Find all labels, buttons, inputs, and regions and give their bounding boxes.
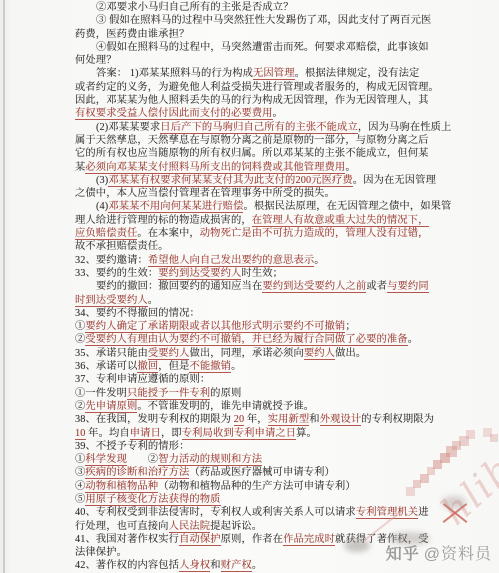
doc-line: 故不承担赔偿责任。: [75, 240, 431, 253]
blur-smudge: [344, 539, 370, 552]
text-black: 。根据民法原理，在无因管理之债中，如果管: [243, 201, 451, 212]
text-black: 。: [148, 295, 158, 306]
text-black: 年，: [244, 414, 267, 425]
doc-line: ③ 假如在照料马的过程中马突然狂性大发踢伤了邓，因此支付了两百元医: [75, 14, 431, 27]
text-red-underline: 外观设计: [320, 414, 362, 426]
doc-line: 42、著作权的内容包括人身权和财产权。: [75, 559, 431, 572]
text-black: 年。均自: [86, 428, 130, 439]
doc-line: 药费，医药费由谁承担？: [75, 28, 431, 41]
text-black: （药品或医疗器械可申请专利）: [189, 467, 335, 478]
text-black: ④假如在照料马的过程中，马突然遭雷击而死。何要求邓赔偿，此事该如: [96, 42, 429, 53]
doc-line: 36、承诺可以撤回，但是不能撤销。: [75, 360, 431, 373]
doc-line: 答案： 1)邓某某照料马的行为构成无因管理。根据法律规定，没有法定: [75, 67, 431, 80]
text-red-underline: 自动保护: [179, 534, 221, 546]
text-black: 或者约定的义务，为避免他人利益受损失进行管理或者服务的，构成无因管理。: [75, 82, 439, 93]
text-black: 提起诉讼。: [210, 521, 262, 532]
pink-pixel-square: [420, 474, 429, 483]
doc-line: ④假如在照料马的过程中，马突然遭雷击而死。何要求邓赔偿，此事该如: [75, 41, 431, 54]
text-black: ②: [75, 334, 85, 345]
text-red-underline: 10: [75, 428, 86, 440]
text-red-underline: 受要约人有理由认为要约不可撤销，并已经为履行合同做了必要的准备: [85, 334, 407, 346]
text-black: 进: [418, 507, 428, 518]
text-red-underline: 撤回: [137, 361, 158, 373]
text-black: (4): [96, 201, 108, 212]
doc-line: 理人给进行管理的标的物造成损害的，在管理人有故意或重大过失的情况下，: [75, 214, 431, 227]
text-black: 。: [314, 255, 324, 266]
text-red-underline: 专利局收到专利申请之日: [182, 428, 296, 440]
text-red-underline: 科学发现: [85, 454, 127, 466]
doc-line: 40、专利权受到非法侵害时，专利权人或利害关系人可以请求专利管理机关进: [75, 506, 431, 519]
doc-line: 何处理？: [75, 54, 431, 67]
page-scan-edge: [3, 0, 5, 573]
text-black: 。: [345, 162, 355, 173]
text-black: 属于天然孳息，天然孳息在与原物分离之前是原物的一部分，与原物分离之后: [75, 135, 429, 146]
text-red-underline: 人身权: [179, 560, 210, 572]
text-black: 某: [75, 162, 85, 173]
text-black: 之债中，本人应当偿付管理者在管理事务中所受的损失。: [75, 188, 335, 199]
doc-line: 10 年。均自申请日，即专利局收到专利申请之日算。: [75, 427, 431, 440]
text-black: ③: [75, 467, 85, 478]
text-red-underline: 不能撤销: [189, 361, 231, 373]
pink-pixel-square: [466, 430, 475, 439]
doc-line: ②邓要求小马归自己所有的主张是否成立？: [75, 1, 431, 14]
text-red-underline: 与要约同: [387, 281, 429, 293]
text-black: 或者: [366, 281, 387, 292]
text-black: （动物和植物品种的生产方法可申请专利）: [158, 481, 356, 492]
text-black: 。根据法律规定，没有法定: [295, 68, 420, 79]
text-black: ②: [75, 401, 85, 412]
doc-line: ②受要约人有理由认为要约不可撤销，并已经为履行合同做了必要的准备。: [75, 333, 431, 346]
text-red-underline: 邓某某有权要求何某某支付其为此支付的200元医疗费: [108, 175, 352, 187]
text-black: 40、专利权受到非法侵害时，专利权人或利害关系人可以请求: [75, 507, 356, 518]
text-red-underline: 应负赔偿责任: [75, 228, 137, 240]
text-black: 。在本案中，: [137, 228, 199, 239]
doc-line: 38、在我国，发明专利权的期限为 20 年，实用新型和外观设计的专利权期限为: [75, 413, 431, 426]
doc-line: (3)邓某某有权要求何某某支付其为此支付的200元医疗费。因为在无因管理: [75, 174, 431, 187]
text-black: ，即: [161, 428, 182, 439]
text-black: 做出，同理，承诺必须向: [189, 348, 303, 359]
text-red-underline: 要约人确定了承诺期限或者以其他形式明示要约不可撤销: [85, 321, 345, 333]
doc-line: 34、要约不得撤回的情况：: [75, 307, 431, 320]
text-red-underline: 有权要求受益人偿付因此而支付的必要费用: [75, 108, 273, 120]
text-black: 要约的撤回：撤回要约的通知应当在: [96, 281, 262, 292]
text-red-underline: 申请日: [130, 428, 161, 440]
doc-line: ①科学发现 ②智力活动的规则和方法: [75, 453, 431, 466]
doc-line: ①要约人确定了承诺期限或者以其他形式明示要约不可撤销；: [75, 320, 431, 333]
text-red-underline: 无因管理: [253, 68, 295, 80]
text-black: 何处理？: [75, 55, 117, 66]
doc-line: 时到达受要约人。: [75, 294, 431, 307]
doc-line: 因此，邓某某为他人照料丢失的马的行为构成无因管理，作为无因管理人，其: [75, 94, 431, 107]
doc-line: 之债中，本人应当偿付管理者在管理事务中所受的损失。: [75, 187, 431, 200]
text-red-underline: 邓某某不用向何某某进行赔偿: [108, 201, 243, 213]
text-black: 36、承诺可以: [75, 361, 137, 372]
text-black: 故不承担赔偿责任。: [75, 241, 169, 252]
text-black: 。: [273, 108, 283, 119]
doc-line: 35、承诺只能由受要约人做出，同理，承诺必须向要约人做出。: [75, 347, 431, 360]
text-black: 。: [252, 560, 262, 571]
text-black: 。: [231, 361, 241, 372]
text-black: 32、要约邀请：: [75, 255, 148, 266]
text-black: ②: [127, 454, 158, 465]
doc-line: 某必须向邓某某支付照料马所支出的饲料费或其他管理费用。: [75, 161, 431, 174]
doc-line: 41、我国对著作权实行自动保护原则，作者在作品完成时就获得了著作权，受: [75, 533, 431, 546]
text-black: ；: [345, 321, 355, 332]
text-black: 41、我国对著作权实行: [75, 534, 179, 545]
text-black: ④: [75, 481, 85, 492]
text-black: 。因为在无因管理: [353, 175, 436, 186]
text-black: ，因为马驹在性质上: [358, 122, 452, 133]
text-red-underline: 智力活动的规则和方法: [158, 454, 262, 466]
text-black: 和: [210, 560, 220, 571]
text-red-underline: 人民法院: [169, 521, 211, 533]
text-black: 答案： 1)邓某某照料马的行为构成: [96, 68, 253, 79]
text-black: 算。: [296, 428, 317, 439]
text-red-underline: 希望他人向自己发出要约的意思表示: [148, 255, 314, 267]
text-black: ⑤: [75, 494, 85, 505]
text-red-underline: 用原子核变化方法获得的物质: [85, 494, 220, 506]
doc-line: 39、不授予专利的情形：: [75, 440, 431, 453]
document-photo-page: ②邓要求小马归自己所有的主张是否成立？③ 假如在照料马的过程中马突然狂性大发踢伤…: [0, 0, 499, 573]
text-black: 因此，邓某某为他人照料丢失的马的行为构成无因管理，作为无因管理人，其: [75, 95, 429, 106]
text-red-underline: 必须向邓某某支付照料马所支出的饲料费或其他管理费用: [85, 162, 345, 174]
pink-pixel-square: [490, 434, 498, 442]
text-black: 。: [408, 334, 418, 345]
doc-line: 有权要求受益人偿付因此而支付的必要费用。: [75, 107, 431, 120]
doc-line: 要约的撤回：撤回要约的通知应当在要约到达受要约人之前或者与要约同: [75, 280, 431, 293]
doc-line: 32、要约邀请：希望他人向自己发出要约的意思表示。: [75, 254, 431, 267]
text-black: ③ 假如在照料马的过程中马突然狂性大发踢伤了邓，因此支付了两百元医: [96, 15, 431, 26]
text-black: 和: [309, 414, 319, 425]
doc-line: ①一件发明只能授予一件专利的原则: [75, 387, 431, 400]
pink-pixel-square: [406, 487, 415, 496]
text-red-underline: 在管理人有故意或重大过失的情况下，: [252, 215, 429, 227]
text-black: 34、要约不得撤回的情况：: [75, 308, 200, 319]
text-black: 法律保护。: [75, 547, 127, 558]
text-black: 时生效；: [241, 268, 283, 279]
text-black: 42、著作权的内容包括: [75, 560, 179, 571]
text-black: 33、要约的生效：: [75, 268, 158, 279]
text-red-underline: 20: [234, 414, 245, 426]
doc-line: 属于天然孳息，天然孳息在与原物分离之前是原物的一部分，与原物分离之后: [75, 134, 431, 147]
text-red-underline: 专利管理机关: [356, 507, 418, 519]
text-red-underline: 先申请原则: [85, 401, 137, 413]
text-black: 做出。: [335, 348, 366, 359]
text-black: 药费，医药费由谁承担？: [75, 29, 189, 40]
text-black: 38、在我国，发明专利权的期限为: [75, 414, 234, 425]
text-black: 39、不授予专利的情形：: [75, 441, 189, 452]
doc-lines: ②邓要求小马归自己所有的主张是否成立？③ 假如在照料马的过程中马突然狂性大发踢伤…: [75, 1, 431, 573]
text-black: 的专利权期限为: [361, 414, 434, 425]
text-black: 行处理，也可直接向: [75, 521, 169, 532]
text-black: (2)邓某某要求: [96, 122, 160, 133]
zhihu-brand-label: 知乎: [386, 546, 420, 563]
text-black: ②邓要求小马归自己所有的主张是否成立？: [96, 2, 294, 13]
text-black: (3): [96, 175, 108, 186]
doc-line: 应负赔偿责任。在本案中，动物死亡是由不可抗力造成的，管理人没有过错，: [75, 227, 431, 240]
text-red-underline: 要约到达受要约人: [158, 268, 241, 280]
blur-smudge: [442, 496, 466, 509]
text-red-underline: 只能授予一件专利: [127, 388, 210, 400]
text-red-underline: 日后产下的马驹归自己所有的主张不能成立: [160, 122, 358, 134]
text-black: 它的所有权也应当随原物的所有权归属。所以邓某某的主张不能成立，但何某: [75, 148, 429, 159]
text-black: 的原则: [210, 388, 241, 399]
doc-line: 37、专利申请应遵循的原则：: [75, 373, 431, 386]
text-black: 原则，作者在: [221, 534, 283, 545]
text-black: ，但是: [158, 361, 189, 372]
doc-line: ②先申请原则。不管谁发明的，谁先申请就授予谁。: [75, 400, 431, 413]
doc-line: ③疾病的诊断和治疗方法（药品或医疗器械可申请专利）: [75, 466, 431, 479]
text-red-underline: 时到达受要约人: [75, 295, 148, 307]
text-black: 35、承诺只能由: [75, 348, 148, 359]
doc-line: (2)邓某某要求日后产下的马驹归自己所有的主张不能成立，因为马驹在性质上: [75, 121, 431, 134]
text-red-underline: 疾病的诊断和治疗方法: [85, 467, 189, 479]
text-red-underline: 财产权: [221, 560, 252, 572]
text-black: ①: [75, 454, 85, 465]
text-red-underline: 作品完成时: [283, 534, 335, 546]
text-red-underline: 动物和植物品种: [85, 481, 158, 493]
doc-line: 法律保护。: [75, 546, 431, 559]
zhihu-watermark: 知乎@资料员: [386, 541, 492, 564]
zhihu-author-label: @资料员: [424, 546, 492, 563]
text-black: 37、专利申请应遵循的原则：: [75, 374, 210, 385]
text-red-underline: 要约到达受要约人之前: [262, 281, 366, 293]
text-black: ①: [75, 321, 85, 332]
text-red-underline: 要约人: [304, 348, 335, 360]
text-red: 动物死亡是由不可抗力造成的，管理人没有过错，: [200, 228, 429, 239]
text-black: ①一件发明: [75, 388, 127, 399]
text-black: 理人给进行管理的标的物造成损害的，: [75, 215, 252, 226]
doc-line: (4)邓某某不用向何某某进行赔偿。根据民法原理，在无因管理之债中，如果管: [75, 200, 431, 213]
doc-line: 或者约定的义务，为避免他人利益受损失进行管理或者服务的，构成无因管理。: [75, 81, 431, 94]
doc-line: 它的所有权也应当随原物的所有权归属。所以邓某某的主张不能成立，但何某: [75, 147, 431, 160]
doc-line: ④动物和植物品种（动物和植物品种的生产方法可申请专利）: [75, 480, 431, 493]
text-red-underline: 受要约人: [148, 348, 190, 360]
doc-line: ⑤用原子核变化方法获得的物质: [75, 493, 431, 506]
text-red-underline: 实用新型: [268, 414, 310, 426]
text-black: 。不管谁发明的，谁先申请就授予谁。: [137, 401, 314, 412]
doc-line: 33、要约的生效：要约到达受要约人时生效；: [75, 267, 431, 280]
